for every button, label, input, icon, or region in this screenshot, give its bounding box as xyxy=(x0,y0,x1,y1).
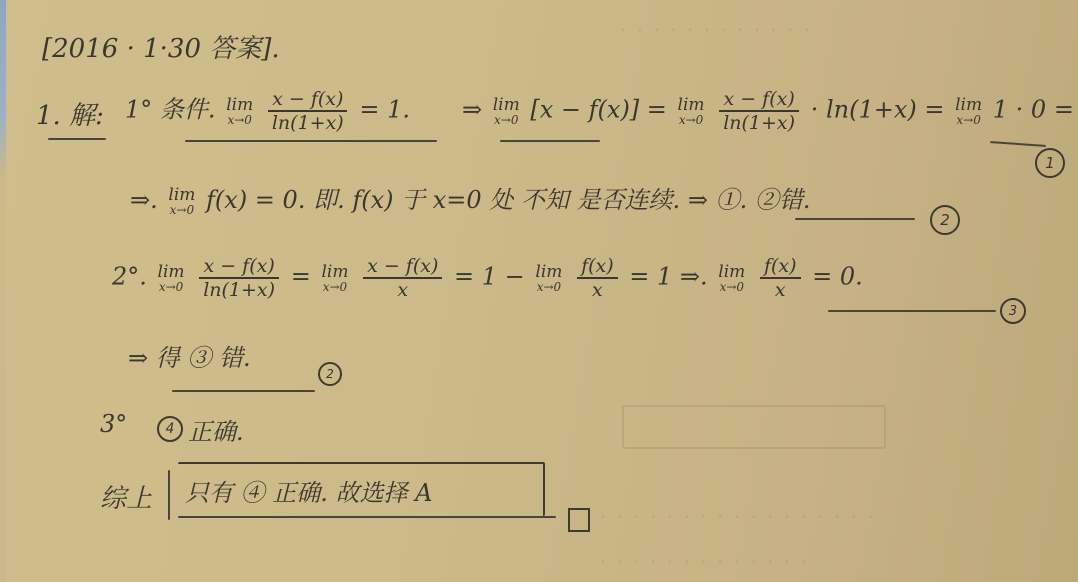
underline xyxy=(795,218,915,220)
page-edge xyxy=(0,0,6,582)
underline xyxy=(185,140,437,142)
box-left-stroke xyxy=(168,470,170,520)
bleed-through-box xyxy=(622,405,886,449)
condition-label: 条件. xyxy=(160,96,216,124)
underline xyxy=(48,138,106,140)
circled-number: 4 xyxy=(157,416,183,442)
circled-number: 1 xyxy=(1035,148,1065,178)
page-title: [2016 · 1·30 答案]. xyxy=(42,28,280,65)
fraction: x − f(x)ln(1+x) xyxy=(268,88,348,134)
case-marker: 1° xyxy=(125,96,152,124)
conclusion-text: 只有 ④ 正确. 故选择 A xyxy=(185,473,432,508)
case1-conclusion: ⇒. limx→0 f(x) = 0. 即. f(x) 于 x=0 处 不知 是… xyxy=(130,180,810,216)
underline xyxy=(178,516,556,518)
case3-text: 正确. xyxy=(188,412,244,447)
underline xyxy=(990,141,1046,147)
solution-label: 1. 解: xyxy=(36,95,104,132)
underline xyxy=(828,310,996,312)
case3-line: 3° xyxy=(100,410,127,438)
conclusion-label: 综上 xyxy=(100,478,152,515)
bleed-through-text: · · · · · · · · · · · · · xyxy=(600,550,809,574)
case1-derivation: ⇒ limx→0 [x − f(x)] = limx→0 x − f(x)ln(… xyxy=(462,88,1078,134)
circled-number: 3 xyxy=(1000,298,1026,324)
bleed-through-text: · · · · · · · · · · · · xyxy=(620,18,812,42)
case2-line: 2°. limx→0 x − f(x)ln(1+x) = limx→0 x − … xyxy=(112,255,863,301)
case2-conclusion: ⇒ 得 ③ 错. xyxy=(128,338,251,373)
qed-square xyxy=(568,508,590,532)
bleed-through-text: · · · · · · · · · · · · · · · · · xyxy=(600,505,876,529)
circled-number: 2 xyxy=(930,205,960,235)
underline xyxy=(500,140,600,142)
circled-number: 2 xyxy=(318,362,342,386)
underline xyxy=(172,390,315,392)
limit: limx→0 xyxy=(226,97,253,126)
case1-line: 1° 条件. limx→0 x − f(x)ln(1+x) = 1. xyxy=(125,88,410,134)
